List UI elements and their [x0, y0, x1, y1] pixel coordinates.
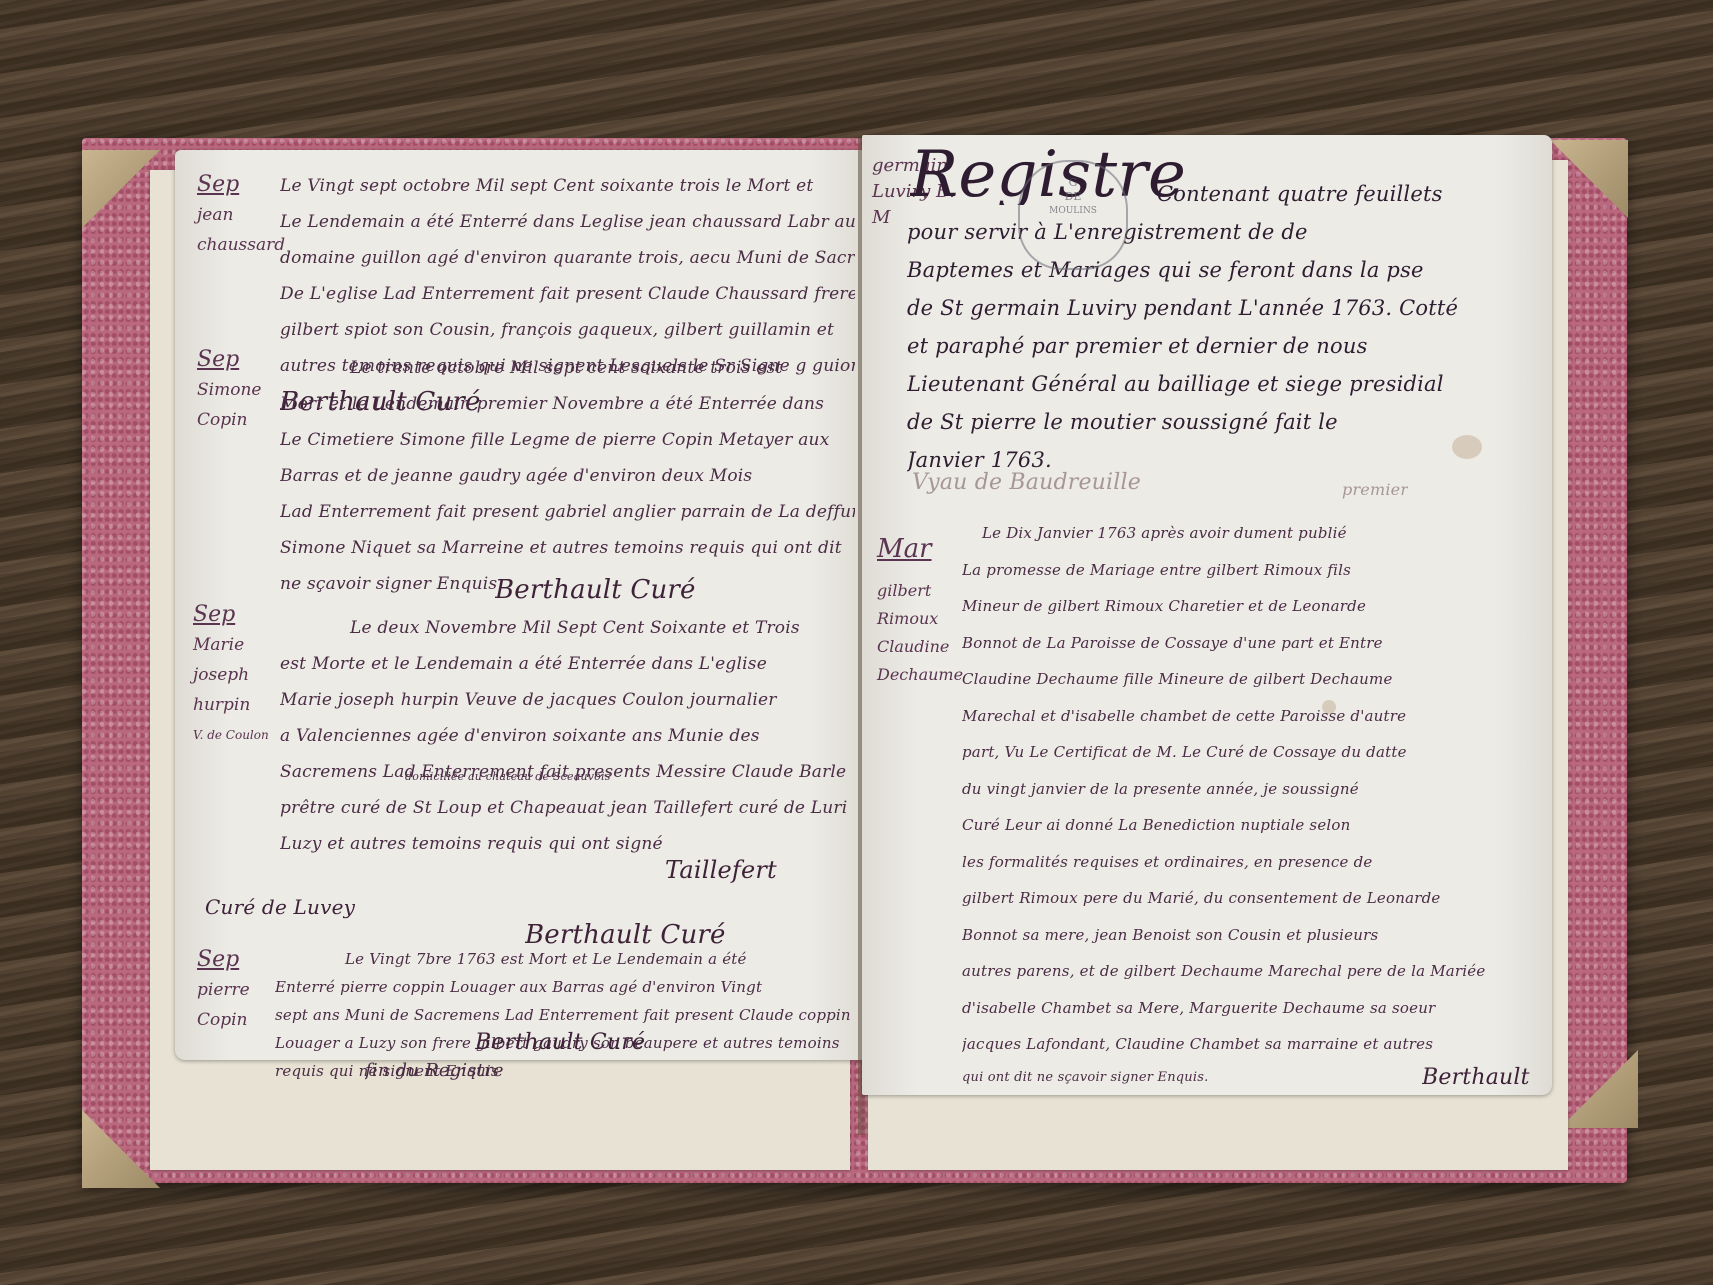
title-line: Baptemes et Mariages qui se feront dans … — [907, 251, 1537, 289]
lieutenant-signature: Vyau de Baudreuille — [912, 470, 1141, 495]
margin-note-marriage: Mar gilbert Rimoux Claudine Dechaume — [877, 535, 963, 689]
margin-name: Copin — [197, 1005, 250, 1035]
margin-name: Simone — [197, 375, 261, 405]
entry-line: La promesse de Mariage entre gilbert Rim… — [962, 552, 1542, 589]
margin-name: Copin — [197, 405, 261, 435]
margin-note-entry-3: Sep Marie joseph hurpin V. de Coulon — [193, 600, 269, 750]
entry-line: Le deux Novembre Mil Sept Cent Soixante … — [280, 610, 855, 646]
right-page: germain Luviry B. M Registre Contenant q… — [862, 135, 1552, 1095]
entry-line: Mort et le Lendemain premier Novembre a … — [280, 386, 855, 422]
stamp-text: MOULINS — [1020, 204, 1126, 218]
stamp-text: G — [1020, 176, 1126, 190]
priest-signature: Berthault Curé — [495, 575, 696, 605]
entry-line: gilbert Rimoux pere du Marié, du consent… — [962, 880, 1542, 917]
margin-name: Dechaume — [877, 661, 963, 689]
entry-line: Le Dix Janvier 1763 après avoir dument p… — [962, 515, 1542, 552]
margin-name: joseph — [193, 660, 269, 690]
entry-type-label: Sep — [197, 345, 261, 375]
entry-line: est Morte et le Lendemain a été Enterrée… — [280, 646, 855, 682]
entry-line: Lad Enterrement fait present gabriel ang… — [280, 494, 855, 530]
ink-stain — [1322, 700, 1336, 714]
margin-name: Rimoux — [877, 605, 963, 633]
entry-line: prêtre curé de St Loup et Chapeauat jean… — [280, 790, 855, 826]
entry-type-label: Sep — [197, 945, 250, 975]
folio-note: premier — [1342, 480, 1408, 499]
priest-signature: Berthault — [1422, 1065, 1530, 1090]
entry-line: Le Cimetiere Simone fille Legme de pierr… — [280, 422, 855, 458]
tax-stamp: G DE MOULINS — [1018, 160, 1128, 270]
entry-line: Marie joseph hurpin Veuve de jacques Cou… — [280, 682, 855, 718]
title-line: Contenant quatre feuillets — [907, 175, 1537, 213]
marriage-entry: Le Dix Janvier 1763 après avoir dument p… — [962, 515, 1542, 1093]
margin-name: chaussard — [197, 230, 285, 260]
entry-line: du vingt janvier de la presente année, j… — [962, 771, 1542, 808]
entry-line: De L'eglise Lad Enterrement fait present… — [280, 276, 855, 312]
margin-name: jean — [197, 200, 285, 230]
title-line: pour servir à L'enregistrement de de — [907, 213, 1537, 251]
entry-line: Claudine Dechaume fille Mineure de gilbe… — [962, 661, 1542, 698]
entry-line: Enterré pierre coppin Louager aux Barras… — [275, 973, 855, 1001]
title-line: Lieutenant Général au bailliage et siege… — [907, 365, 1537, 403]
margin-note-entry-2: Sep Simone Copin — [197, 345, 261, 435]
entry-type-label: Mar — [877, 535, 963, 563]
entry-type-label: Sep — [197, 170, 285, 200]
burial-entry-2: Le trente octobre Mil sept cent soixante… — [280, 350, 855, 602]
entry-line: requis qui ne signent Enquis — [275, 1057, 855, 1085]
margin-name: hurpin — [193, 690, 269, 720]
margin-name: V. de Coulon — [193, 720, 269, 750]
margin-name: gilbert — [877, 577, 963, 605]
title-line: de St pierre le moutier soussigné fait l… — [907, 403, 1537, 441]
register-closing-note: fin du Registre — [365, 1060, 504, 1081]
entry-line: domaine guillon agé d'environ quarante t… — [280, 240, 855, 276]
entry-line: a Valenciennes agée d'environ soixante a… — [280, 718, 855, 754]
register-title-text: Contenant quatre feuillets pour servir à… — [907, 175, 1537, 479]
title-line: de St germain Luviry pendant L'année 176… — [907, 289, 1537, 327]
entry-line: jacques Lafondant, Claudine Chambet sa m… — [962, 1026, 1542, 1063]
entry-line: Mineur de gilbert Rimoux Charetier et de… — [962, 588, 1542, 625]
entry-line: Curé Leur ai donné La Benediction nuptia… — [962, 807, 1542, 844]
burial-entry-4: Le Vingt 7bre 1763 est Mort et Le Lendem… — [275, 945, 855, 1085]
entry-line: Le Vingt 7bre 1763 est Mort et Le Lendem… — [275, 945, 855, 973]
entry-line: part, Vu Le Certificat de M. Le Curé de … — [962, 734, 1542, 771]
entry-line: sept ans Muni de Sacremens Lad Enterreme… — [275, 1001, 855, 1029]
entry-line: d'isabelle Chambet sa Mere, Marguerite D… — [962, 990, 1542, 1027]
ink-stain — [1452, 435, 1482, 459]
burial-entry-3: Le deux Novembre Mil Sept Cent Soixante … — [280, 610, 855, 862]
entry-line: autres parens, et de gilbert Dechaume Ma… — [962, 953, 1542, 990]
entry-line: les formalités requises et ordinaires, e… — [962, 844, 1542, 881]
entry-type-label: Sep — [193, 600, 269, 630]
entry-line: Simone Niquet sa Marreine et autres temo… — [280, 530, 855, 566]
left-page: Sep jean chaussard Le Vingt sept octobre… — [175, 150, 865, 1060]
entry-line: gilbert spiot son Cousin, françois gaque… — [280, 312, 855, 348]
entry-line: Bonnot de La Paroisse de Cossaye d'une p… — [962, 625, 1542, 662]
title-line: et paraphé par premier et dernier de nou… — [907, 327, 1537, 365]
margin-note-entry-1: Sep jean chaussard — [197, 170, 285, 260]
interlinear-note: domiciliée au chateau de Sceauvois — [405, 770, 611, 783]
entry-line: Marechal et d'isabelle chambet de cette … — [962, 698, 1542, 735]
stamp-text: DE — [1020, 190, 1126, 204]
entry-line: Le Lendemain a été Enterré dans Leglise … — [280, 204, 855, 240]
witness-signature: Curé de Luvey — [205, 895, 355, 919]
margin-name: pierre — [197, 975, 250, 1005]
entry-line: Le Vingt sept octobre Mil sept Cent soix… — [280, 168, 855, 204]
entry-line: Le trente octobre Mil sept cent soixante… — [280, 350, 855, 386]
margin-note-entry-4: Sep pierre Copin — [197, 945, 250, 1035]
entry-line: Barras et de jeanne gaudry agée d'enviro… — [280, 458, 855, 494]
witness-signature: Taillefert — [665, 856, 777, 884]
margin-name: Claudine — [877, 633, 963, 661]
margin-name: Marie — [193, 630, 269, 660]
entry-line: Bonnot sa mere, jean Benoist son Cousin … — [962, 917, 1542, 954]
priest-signature: Berthault Curé — [475, 1030, 645, 1055]
